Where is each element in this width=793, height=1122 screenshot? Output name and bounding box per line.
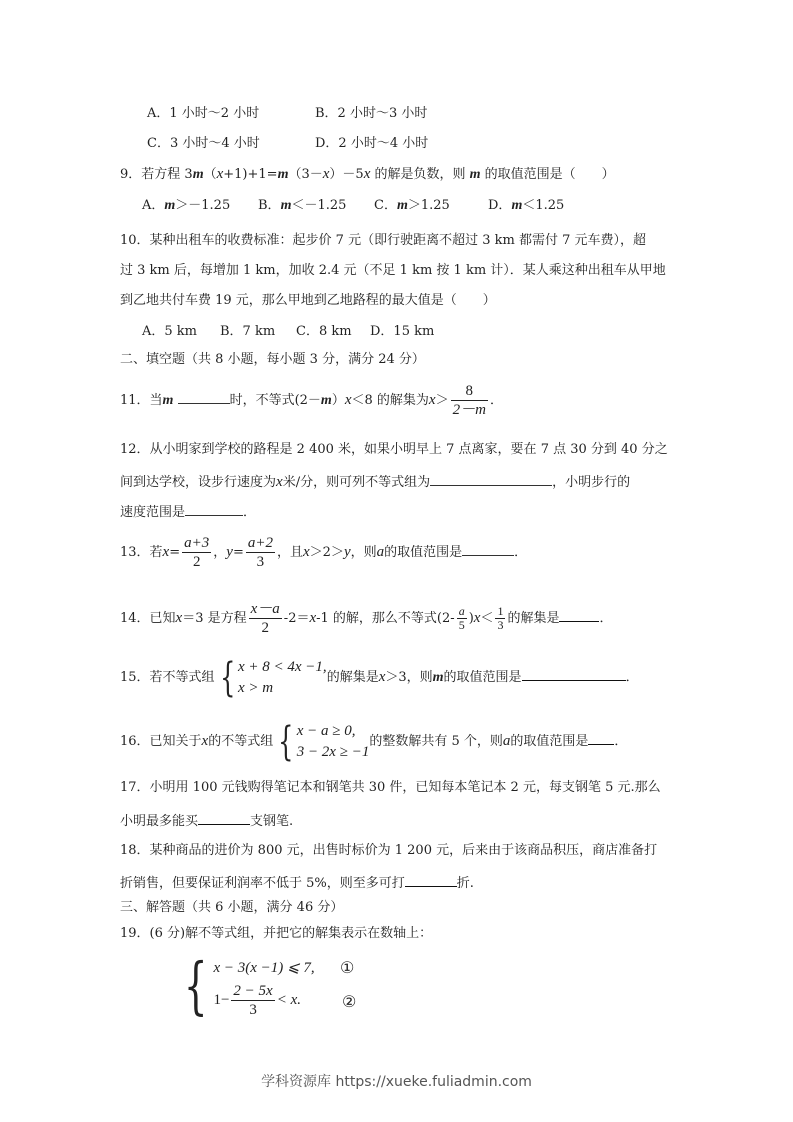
q11-text: ． (490, 393, 503, 408)
q9-question: 9．若方程 3m（x+1)+1=m（3－x）－5x 的解是负数，则 m 的取值范… (120, 166, 615, 183)
q13-text: ． (514, 545, 527, 560)
inequality-system: {x − a ≥ 0,3 − 2x ≥ −1 (273, 721, 369, 763)
answer-blank[interactable] (522, 668, 626, 681)
q15-text: 的解集是 (327, 670, 379, 685)
q13-text: ，则 (351, 545, 377, 560)
system-row-2-text: 1− (213, 992, 229, 1009)
option-letter: D． (488, 198, 511, 213)
q17-text: 小明最多能买 (120, 814, 198, 829)
q13-text: ，且 (277, 545, 303, 560)
q10-option-b: B．7 km (220, 324, 275, 340)
fraction: 82－m (451, 382, 488, 419)
q16-text: 的取值范围是 (510, 734, 588, 749)
q17-text: 支钢笔. (250, 814, 293, 829)
q12-text: ． (243, 505, 256, 520)
system-row-2: 3 − 2x ≥ −1 (297, 742, 370, 763)
fraction-numerator: 2 − 5x (231, 982, 274, 1000)
q18-line-2: 折销售，但要保证利润率不低于 5%，则至多可打折. (120, 874, 474, 892)
var-m: m (163, 393, 174, 408)
q18-line-1: 18．某种商品的进价为 800 元，出售时标价为 1 200 元，后来由于该商品… (120, 843, 657, 859)
fraction-denominator: 3 (255, 553, 267, 571)
q10-line-2: 过 3 km 后，每增加 1 km，加收 2.4 元（不足 1 km 按 1 k… (120, 263, 666, 279)
q14-text: ＜ (480, 611, 493, 626)
q11-text: 时，不等式(2－ (230, 393, 321, 408)
q16-question: 16．已知关于x的不等式组{x − a ≥ 0,3 − 2x ≥ −1的整数解共… (120, 718, 627, 765)
q9-option-b: B．m＜－1.25 (258, 198, 346, 214)
brace-icon: { (278, 722, 293, 762)
q8-option-c: C．3 小时～4 小时 (147, 136, 260, 152)
fraction-denominator: 5 (457, 619, 467, 632)
fraction-numerator: 1 (495, 605, 505, 618)
q12-line-3: 速度范围是． (120, 503, 256, 521)
fraction: 2 − 5x3 (231, 982, 274, 1019)
fraction: a+23 (246, 534, 275, 571)
var-x: x (276, 474, 283, 490)
system-row-2: x > m (238, 678, 327, 699)
fraction: a+32 (182, 534, 211, 571)
q8-option-b: B．2 小时～3 小时 (315, 106, 427, 122)
q11-text: 11．当 (120, 393, 163, 408)
answer-blank[interactable] (462, 543, 514, 556)
q12-text: ，小明步行的 (552, 475, 630, 490)
q15-text: 的取值范围是 (444, 670, 522, 685)
q13-text: = (233, 545, 244, 560)
section-heading-solve: 三、解答题（共 6 小题，满分 46 分） (120, 900, 343, 916)
q13-text: 13．若 (120, 545, 163, 560)
q12-text: 速度范围是 (120, 505, 185, 520)
system-row-1: x − a ≥ 0, (297, 721, 370, 742)
var-x: x (429, 392, 436, 408)
q9-text: +1)+1= (223, 167, 277, 182)
q8-option-d: D．2 小时～4 小时 (315, 136, 428, 152)
q9-option-a: A．m＞－1.25 (142, 198, 230, 214)
q16-text: ． (614, 734, 627, 749)
answer-blank[interactable] (430, 473, 552, 486)
system-row-1-text: x − 3(x −1) ⩽ 7, (213, 958, 314, 977)
answer-blank[interactable] (185, 503, 243, 516)
answer-blank[interactable] (405, 874, 457, 887)
q13-text: ＞2＞ (310, 545, 344, 560)
var-x: x (345, 392, 352, 408)
answer-blank[interactable] (588, 732, 614, 745)
q13-text: ， (213, 545, 226, 560)
var-y: y (344, 544, 351, 560)
q13-text: 的取值范围是 (384, 545, 462, 560)
q10-option-a: A．5 km (142, 324, 197, 340)
var-m: m (193, 167, 204, 182)
q15-question: 15．若不等式组{x + 8 < 4x −1,x > m的解集是x＞3，则m的取… (120, 654, 639, 701)
fraction-numerator: a+3 (182, 534, 211, 552)
equation-label-1: ① (340, 960, 354, 976)
var-x: x (303, 544, 310, 560)
q9-text: 的解是负数，则 (370, 167, 469, 182)
q9-text: 的取值范围是（ ） (481, 167, 615, 182)
footer-watermark: 学科资源库 https://xueke.fuliadmin.com (0, 1071, 793, 1091)
q18-text: 折. (457, 876, 474, 891)
q14-text: 14．已知 (120, 611, 176, 626)
inequality-system: { x − 3(x −1) ⩽ 7, 1−2 − 5x3< x. (176, 952, 315, 1019)
q11-text: ＞ (436, 393, 449, 408)
fraction-numerator: a+2 (246, 534, 275, 552)
q15-text: 15．若不等式组 (120, 670, 215, 685)
q11-text: ） (332, 393, 345, 408)
q15-text: ． (626, 670, 639, 685)
var-m: m (164, 198, 175, 213)
brace-icon: { (220, 658, 235, 698)
q8-option-a: A．1 小时～2 小时 (147, 106, 259, 122)
option-letter: C． (374, 198, 397, 213)
fraction: a5 (457, 605, 467, 632)
option-value: ＜－1.25 (291, 198, 346, 213)
option-value: ＞－1.25 (175, 198, 230, 213)
option-letter: A． (142, 198, 164, 213)
q14-question: 14．已知x＝3 是方程x－a2-2＝x-1 的解，那么不等式(2-a5)x＜1… (120, 596, 612, 641)
var-y: y (226, 544, 233, 560)
answer-blank[interactable] (178, 391, 230, 404)
q17-line-2: 小明最多能买支钢笔. (120, 812, 293, 830)
q11-text: ＜8 的解集为 (352, 393, 429, 408)
var-a: a (377, 544, 385, 560)
fraction-numerator: x－a (249, 600, 282, 618)
q14-text: -2＝ (284, 611, 310, 626)
fraction-denominator: 3 (247, 1001, 259, 1019)
var-m: m (470, 167, 481, 182)
answer-blank[interactable] (198, 812, 250, 825)
fraction-denominator: 2 (191, 553, 203, 571)
option-letter: B． (258, 198, 281, 213)
q14-text: -1 的解，那么不等式(2- (316, 611, 455, 626)
q15-text: ＞3，则 (385, 670, 432, 685)
q11-question: 11．当m 时，不等式(2－m）x＜8 的解集为x＞82－m． (120, 380, 503, 421)
q13-text: = (169, 545, 180, 560)
q14-text: 的解集是 (507, 611, 559, 626)
var-m: m (321, 393, 332, 408)
var-m: m (511, 198, 522, 213)
q17-line-1: 17．小明用 100 元钱购得笔记本和钢笔共 30 件，已知每本笔记本 2 元，… (120, 780, 661, 796)
q9-option-d: D．m＜1.25 (488, 198, 564, 214)
equation-label-2: ② (342, 994, 356, 1010)
q16-text: 的整数解共有 5 个，则 (369, 734, 503, 749)
q10-line-3: 到乙地共付车费 19 元，那么甲地到乙地路程的最大值是（ ） (120, 293, 496, 309)
q9-text: （ (204, 167, 217, 182)
q12-text: 间到达学校，设步行速度为 (120, 475, 276, 490)
q14-text: ． (599, 611, 612, 626)
q16-text: 的不等式组 (208, 734, 273, 749)
q19-inequality-system: { x − 3(x −1) ⩽ 7, 1−2 − 5x3< x. (176, 952, 315, 1019)
section-heading-fill-in: 二、填空题（共 8 小题，每小题 3 分，满分 24 分） (120, 352, 425, 368)
var-m: m (433, 670, 444, 685)
option-value: ＞1.25 (408, 198, 450, 213)
fraction: 13 (495, 605, 505, 632)
q10-line-1: 10．某种出租车的收费标准：起步价 7 元（即行驶距离不超过 3 km 都需付 … (120, 233, 646, 249)
fraction-numerator: 8 (464, 382, 476, 400)
q9-text: ）－5 (329, 167, 363, 182)
q9-option-c: C．m＞1.25 (374, 198, 450, 214)
brace-icon: { (184, 955, 208, 1017)
fraction-denominator: 2 (259, 619, 271, 637)
fraction-denominator: 3 (495, 619, 505, 632)
q14-text: ＝3 是方程 (182, 611, 246, 626)
fraction-numerator: a (457, 605, 467, 618)
answer-blank[interactable] (559, 609, 599, 622)
q19-title: 19．(6 分)解不等式组，并把它的解集表示在数轴上： (120, 926, 432, 942)
fraction-denominator: 2－m (451, 401, 488, 419)
system-row-2: 1−2 − 5x3< x. (213, 982, 314, 1019)
system-row-2-text: < x. (277, 992, 301, 1009)
system-row-1: x + 8 < 4x −1, (238, 657, 327, 678)
option-value: ＜1.25 (522, 198, 564, 213)
q9-text: 9．若方程 3 (120, 167, 193, 182)
var-m: m (397, 198, 408, 213)
q12-line-1: 12．从小明家到学校的路程是 2 400 米，如果小明早上 7 点离家，要在 7… (120, 442, 668, 458)
inequality-system: {x + 8 < 4x −1,x > m (215, 657, 327, 699)
system-row-1: x − 3(x −1) ⩽ 7, (213, 952, 314, 982)
q12-text: 米/分，则可列不等式组为 (283, 475, 430, 490)
q10-option-d: D．15 km (370, 324, 434, 340)
q16-text: 16．已知关于 (120, 734, 202, 749)
q9-text: （3－ (288, 167, 322, 182)
q18-text: 折销售，但要保证利润率不低于 5%，则至多可打 (120, 876, 405, 891)
fraction: x－a2 (249, 600, 282, 637)
var-m: m (278, 167, 289, 182)
q12-line-2: 间到达学校，设步行速度为x米/分，则可列不等式组为，小明步行的 (120, 473, 630, 491)
var-m: m (281, 198, 292, 213)
q10-option-c: C．8 km (296, 324, 352, 340)
q13-question: 13．若x=a+32，y=a+23，且x＞2＞y，则a的取值范围是． (120, 530, 527, 575)
